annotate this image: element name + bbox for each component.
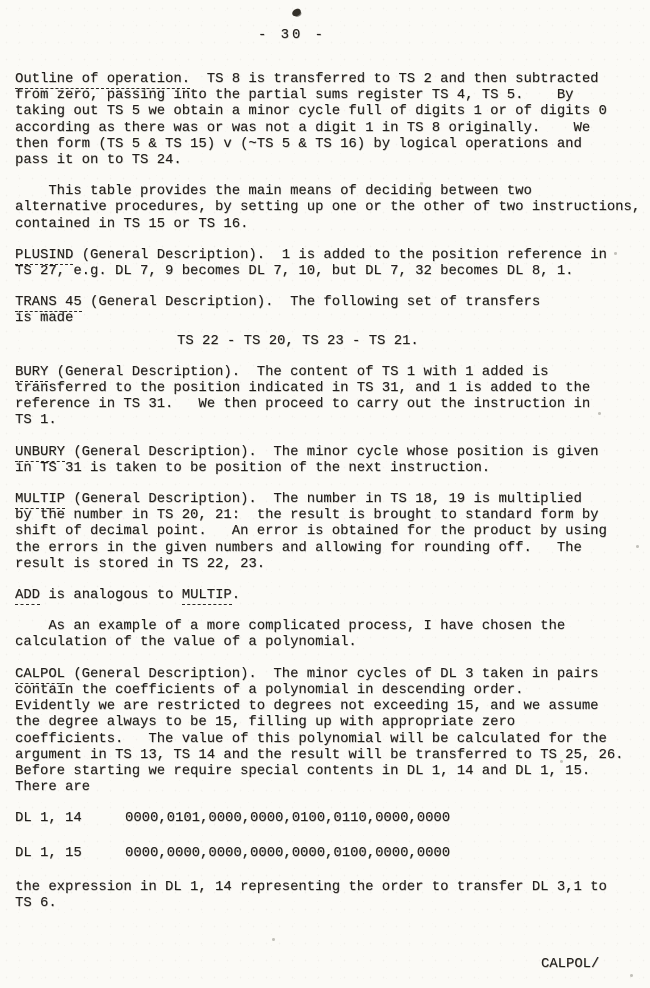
text-line: TS 27, e.g. DL 7, 9 becomes DL 7, 10, bu… [15, 263, 643, 279]
text-segment: (General Description). The following set… [82, 294, 540, 310]
text-segment: TS 1. [15, 412, 57, 428]
text-line: As an example of a more complicated proc… [15, 618, 643, 634]
text-line: BURY (General Description). The content … [15, 364, 643, 380]
text-line: shift of decimal point. An error is obta… [15, 523, 643, 539]
text-line: TS 6. [15, 895, 643, 911]
table-purpose-paragraph: This table provides the main means of de… [15, 183, 643, 232]
bury-paragraph: BURY (General Description). The content … [15, 364, 643, 429]
text-line: from zero, passing into the partial sums… [15, 87, 643, 103]
text-line: coefficients. The value of this polynomi… [15, 731, 643, 747]
text-line: Before starting we require special conte… [15, 763, 643, 779]
text-segment: reference in TS 31. We then proceed to c… [15, 396, 590, 412]
text-line: UNBURY (General Description). The minor … [15, 444, 643, 460]
scan-speckle [630, 974, 633, 977]
add-paragraph: ADD is analogous to MULTIP. [15, 587, 643, 603]
text-segment: from zero, passing into the partial sums… [15, 87, 574, 103]
ink-blot-mark [291, 8, 302, 17]
text-segment: pass it on to TS 24. [15, 152, 182, 168]
multip-paragraph: MULTIP (General Description). The number… [15, 491, 643, 572]
dl-1-14-row: DL 1, 140000,0101,0000,0000,0100,0110,00… [15, 810, 643, 826]
text-line: by the number in TS 20, 21: the result i… [15, 507, 643, 523]
underlined-term: ADD [15, 587, 40, 605]
text-line: is made [15, 310, 643, 326]
text-segment: the errors in the given numbers and allo… [15, 540, 582, 556]
text-segment: transferred to the position indicated in… [15, 380, 590, 396]
example-paragraph: As an example of a more complicated proc… [15, 618, 643, 650]
text-line: There are [15, 779, 643, 795]
text-segment: (General Description). The number in TS … [65, 491, 582, 507]
text-line: DL 1, 140000,0101,0000,0000,0100,0110,00… [15, 810, 643, 826]
text-line: argument in TS 13, TS 14 and the result … [15, 747, 643, 763]
text-segment: the degree always to be 15, filling up w… [15, 714, 515, 730]
trans45-paragraph: TRANS 45 (General Description). The foll… [15, 294, 643, 326]
dl-register-label: DL 1, 15 [15, 845, 125, 861]
scan-speckle [636, 545, 639, 548]
text-line: the errors in the given numbers and allo… [15, 540, 643, 556]
text-segment: taking out TS 5 we obtain a minor cycle … [15, 103, 607, 119]
scan-speckle [560, 760, 563, 763]
text-line: result is stored in TS 22, 23. [15, 556, 643, 572]
text-line: Evidently we are restricted to degrees n… [15, 698, 643, 714]
outline-of-operation-paragraph: Outline of operation. TS 8 is transferre… [15, 71, 643, 168]
text-segment: Evidently we are restricted to degrees n… [15, 698, 599, 714]
text-line: TS 1. [15, 412, 643, 428]
text-segment: (General Description). The content of TS… [48, 364, 548, 380]
text-line: ADD is analogous to MULTIP. [15, 587, 643, 603]
text-line: TRANS 45 (General Description). The foll… [15, 294, 643, 310]
dl-register-value: 0000,0000,0000,0000,0000,0100,0000,0000 [125, 845, 450, 861]
text-line: then form (TS 5 & TS 15) v (~TS 5 & TS 1… [15, 136, 643, 152]
text-segment: argument in TS 13, TS 14 and the result … [15, 747, 624, 763]
expression-note-paragraph: the expression in DL 1, 14 representing … [15, 879, 643, 911]
text-segment: is made [15, 310, 73, 326]
text-segment: (General Description). The minor cycle w… [65, 444, 599, 460]
scan-speckle [598, 412, 601, 415]
scan-speckle [420, 182, 423, 185]
underlined-term: MULTIP [182, 587, 232, 605]
text-line: CALPOL (General Description). The minor … [15, 666, 643, 682]
text-line: TS 22 - TS 20, TS 23 - TS 21. [15, 333, 643, 349]
text-segment: TS 6. [15, 895, 57, 911]
text-line: reference in TS 31. We then proceed to c… [15, 396, 643, 412]
text-line: transferred to the position indicated in… [15, 380, 643, 396]
text-segment: (General Description). The minor cycles … [65, 666, 599, 682]
text-line: according as there was or was not a digi… [15, 120, 643, 136]
scanned-document-page: - 30 - Outline of operation. TS 8 is tra… [0, 0, 650, 988]
text-line: contain the coefficients of a polynomial… [15, 682, 643, 698]
text-segment: in TS 31 is taken to be position of the … [15, 460, 490, 476]
text-segment: coefficients. The value of this polynomi… [15, 731, 607, 747]
text-line: contained in TS 15 or TS 16. [15, 216, 643, 232]
text-segment: This table provides the main means of de… [15, 183, 532, 199]
text-segment: TS 8 is transferred to TS 2 and then sub… [190, 71, 598, 87]
calpol-paragraph: CALPOL (General Description). The minor … [15, 666, 643, 796]
text-line: Outline of operation. TS 8 is transferre… [15, 71, 643, 87]
text-segment: by the number in TS 20, 21: the result i… [15, 507, 599, 523]
text-segment: the expression in DL 1, 14 representing … [15, 879, 607, 895]
text-segment: There are [15, 779, 90, 795]
text-line: PLUSIND (General Description). 1 is adde… [15, 247, 643, 263]
text-line: the expression in DL 1, 14 representing … [15, 879, 643, 895]
text-line: in TS 31 is taken to be position of the … [15, 460, 643, 476]
document-body: Outline of operation. TS 8 is transferre… [15, 71, 643, 926]
text-line: pass it on to TS 24. [15, 152, 643, 168]
scan-speckle [272, 938, 275, 941]
text-line: This table provides the main means of de… [15, 183, 643, 199]
text-segment: calculation of the value of a polynomial… [15, 634, 357, 650]
text-line: alternative procedures, by setting up on… [15, 199, 643, 215]
footer-catchword: CALPOL/ [541, 956, 599, 972]
text-segment: Before starting we require special conte… [15, 763, 590, 779]
text-segment: alternative procedures, by setting up on… [15, 199, 640, 215]
text-segment: TS 22 - TS 20, TS 23 - TS 21. [177, 333, 419, 349]
text-line: the degree always to be 15, filling up w… [15, 714, 643, 730]
dl-register-label: DL 1, 14 [15, 810, 125, 826]
text-segment: contained in TS 15 or TS 16. [15, 216, 248, 232]
text-segment: (General Description). 1 is added to the… [73, 247, 607, 263]
page-number: - 30 - [258, 27, 326, 43]
text-line: MULTIP (General Description). The number… [15, 491, 643, 507]
plusind-paragraph: PLUSIND (General Description). 1 is adde… [15, 247, 643, 279]
text-line: calculation of the value of a polynomial… [15, 634, 643, 650]
text-segment: according as there was or was not a digi… [15, 120, 590, 136]
text-line: DL 1, 150000,0000,0000,0000,0000,0100,00… [15, 845, 643, 861]
text-segment: then form (TS 5 & TS 15) v (~TS 5 & TS 1… [15, 136, 582, 152]
text-segment: As an example of a more complicated proc… [15, 618, 565, 634]
transfer-set-line: TS 22 - TS 20, TS 23 - TS 21. [15, 333, 643, 349]
text-segment: shift of decimal point. An error is obta… [15, 523, 607, 539]
scan-speckle [614, 252, 617, 255]
unbury-paragraph: UNBURY (General Description). The minor … [15, 444, 643, 476]
dl-1-15-row: DL 1, 150000,0000,0000,0000,0000,0100,00… [15, 845, 643, 861]
dl-register-value: 0000,0101,0000,0000,0100,0110,0000,0000 [125, 810, 450, 826]
text-segment: contain the coefficients of a polynomial… [15, 682, 523, 698]
text-segment: is analogous to [40, 587, 182, 603]
text-line: taking out TS 5 we obtain a minor cycle … [15, 103, 643, 119]
text-segment: result is stored in TS 22, 23. [15, 556, 265, 572]
text-segment: TS 27, e.g. DL 7, 9 becomes DL 7, 10, bu… [15, 263, 574, 279]
text-segment: . [232, 587, 240, 603]
